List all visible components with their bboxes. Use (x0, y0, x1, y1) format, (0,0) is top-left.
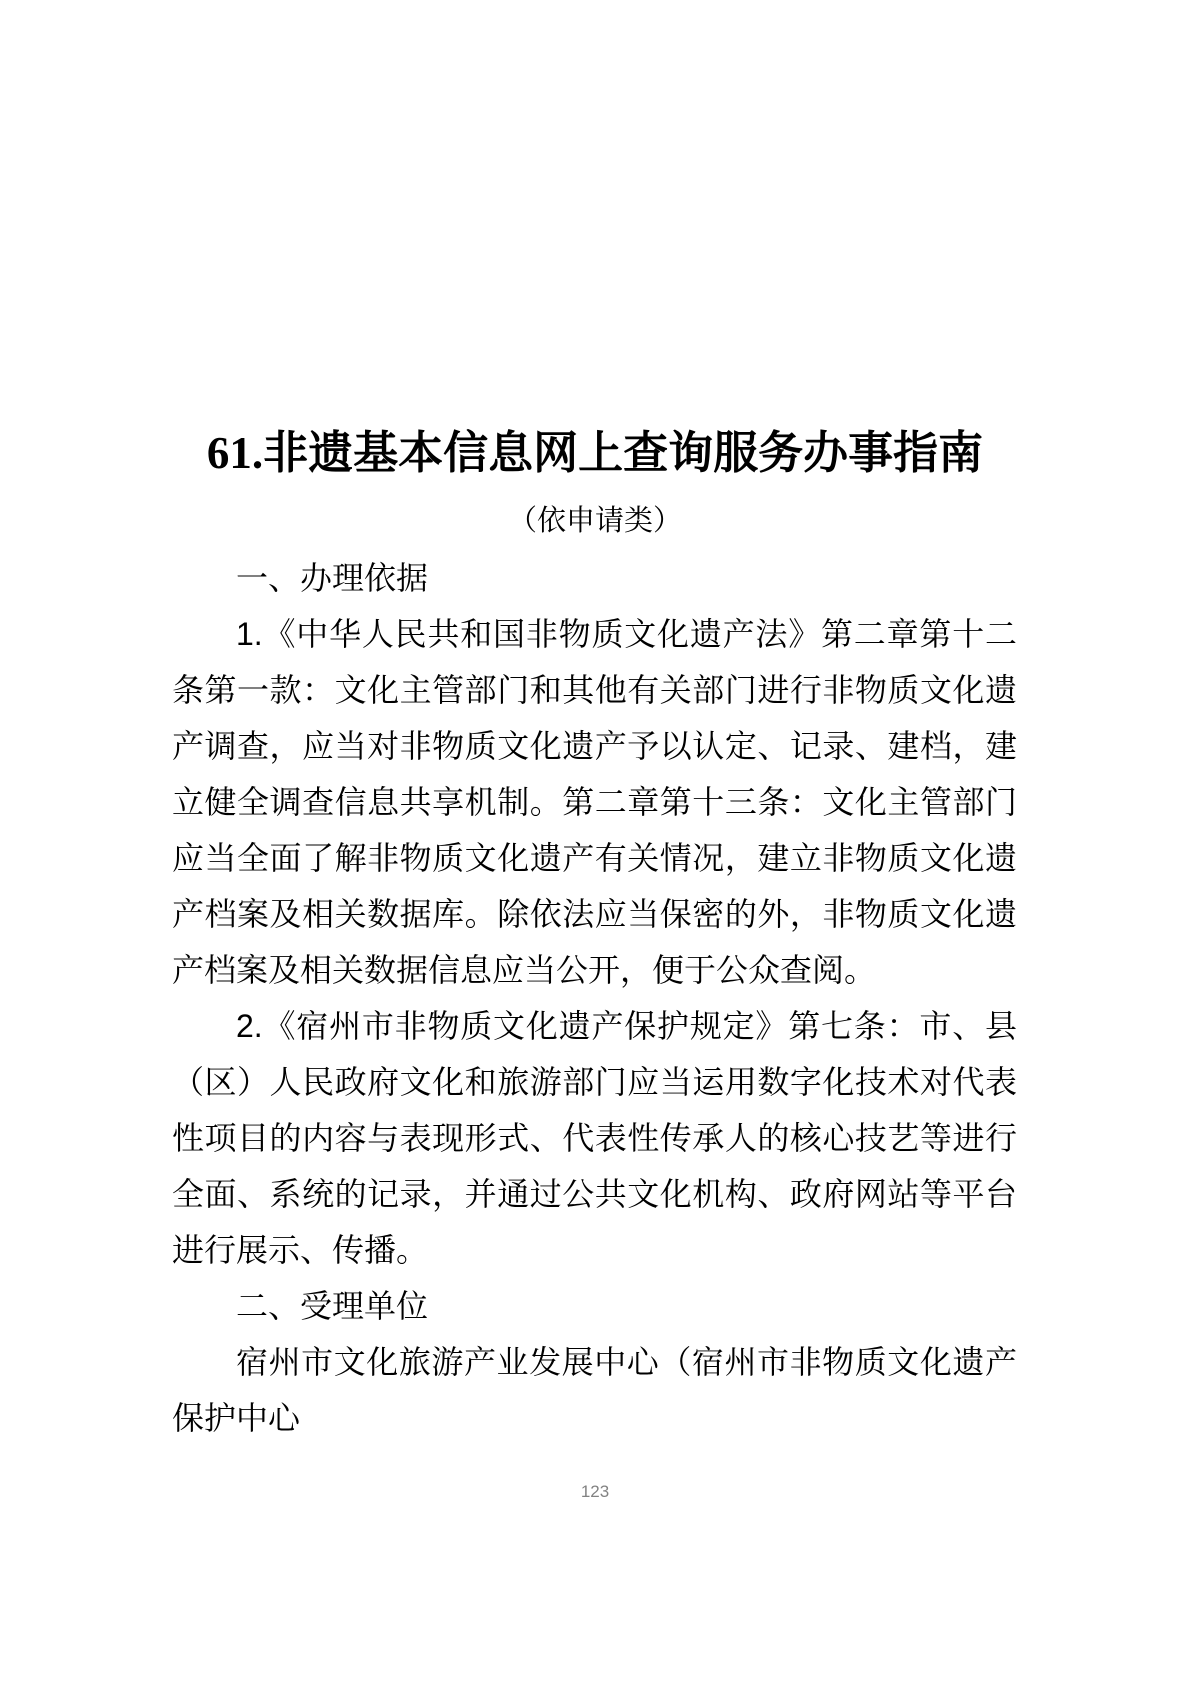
document-subtitle: （依申请类） (0, 498, 1190, 544)
document-page: 61.非遗基本信息网上查询服务办事指南 （依申请类） 一、办理依据 1.《中华人… (0, 0, 1190, 1683)
paragraph-legal-basis-1: 1.《中华人民共和国非物质文化遗产法》第二章第十二条第一款：文化主管部门和其他有… (172, 606, 1017, 998)
paragraph-accepting-unit: 宿州市文化旅游产业发展中心（宿州市非物质文化遗产保护中心 (172, 1334, 1017, 1446)
paragraph-legal-basis-2: 2.《宿州市非物质文化遗产保护规定》第七条：市、县（区）人民政府文化和旅游部门应… (172, 998, 1017, 1278)
page-number: 123 (0, 1480, 1190, 1504)
document-body: 一、办理依据 1.《中华人民共和国非物质文化遗产法》第二章第十二条第一款：文化主… (172, 550, 1017, 1446)
section-heading-handling-basis: 一、办理依据 (172, 550, 1017, 606)
document-title: 61.非遗基本信息网上查询服务办事指南 (0, 414, 1190, 492)
section-heading-accepting-unit: 二、受理单位 (172, 1278, 1017, 1334)
